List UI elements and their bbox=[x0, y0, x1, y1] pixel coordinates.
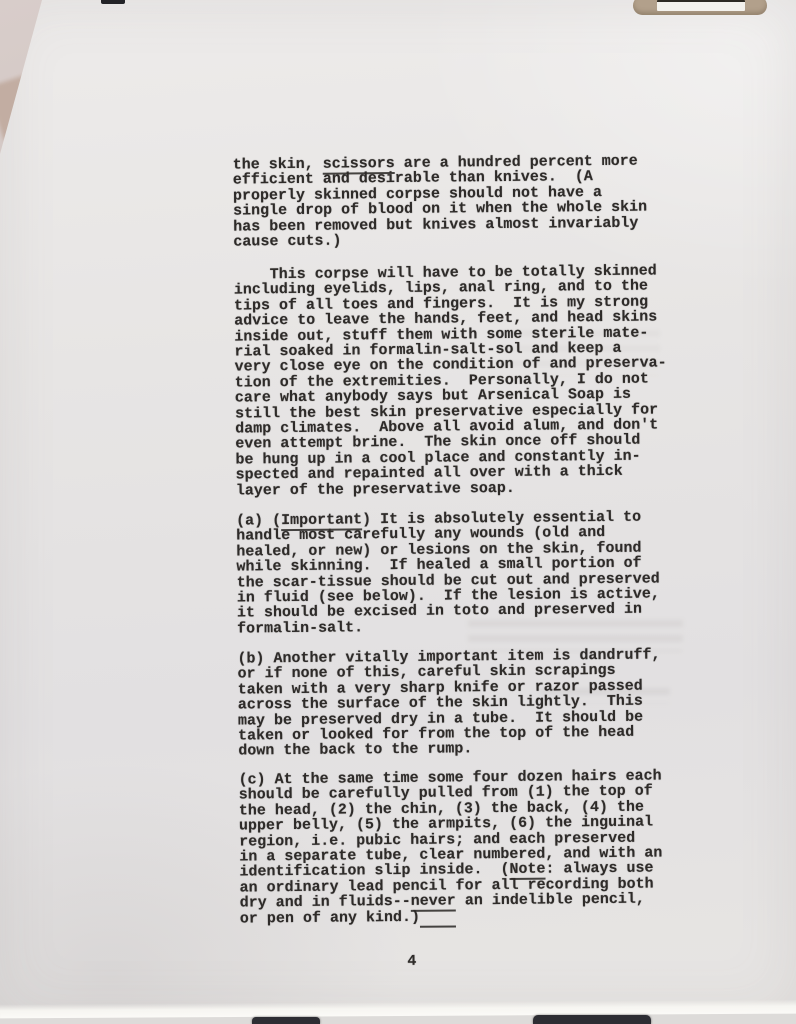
paragraph-corpse: This corpse will have to be totally skin… bbox=[234, 263, 668, 498]
text-line: or pen of any kind.) bbox=[240, 907, 663, 926]
text-line: cause cuts.) bbox=[233, 231, 647, 250]
paragraph-item-a: (a) (Important) It is absolutely essenti… bbox=[236, 509, 660, 636]
scanned-document-photo: 4 the skin, scissors are a hundred perce… bbox=[0, 0, 796, 1024]
text-line: formalin-salt. bbox=[237, 617, 660, 636]
paragraph-intro: the skin, scissors are a hundred percent… bbox=[233, 154, 648, 250]
text-line: layer of the preservative soap. bbox=[236, 479, 668, 499]
page-number: 4 bbox=[407, 953, 416, 970]
paragraph-item-b: (b) Another vitally important item is da… bbox=[237, 647, 661, 759]
text-line: down the back to the rump. bbox=[238, 740, 661, 759]
typewritten-text: 4 the skin, scissors are a hundred perce… bbox=[0, 0, 796, 1024]
paragraph-item-c: (c) At the same time some four dozen hai… bbox=[238, 768, 663, 926]
text-line: has been removed but knives almost invar… bbox=[233, 215, 647, 234]
